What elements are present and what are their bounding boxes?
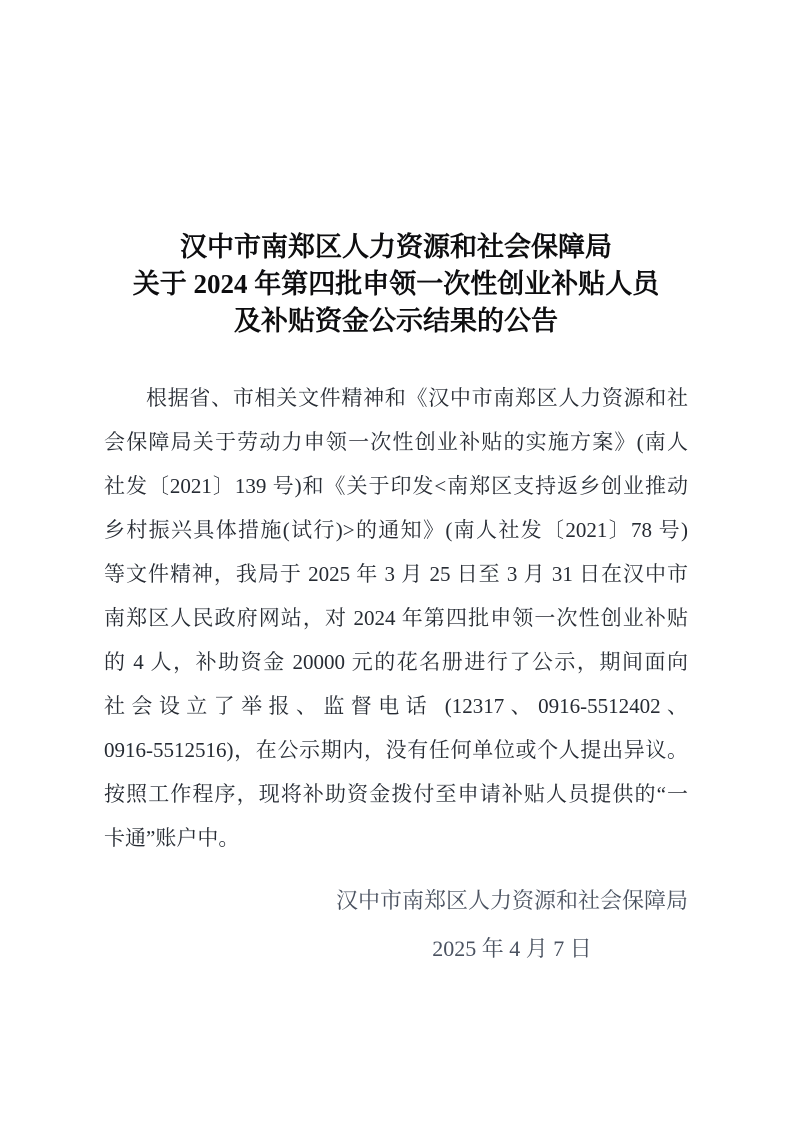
document-body: 根据省、市相关文件精神和《汉中市南郑区人力资源和社 会保障局关于劳动力申领一次性… <box>104 376 688 860</box>
body-line: 等文件精神，我局于 2025 年 3 月 25 日至 3 月 31 日在汉中市 <box>104 552 688 596</box>
signature-date: 2025 年 4 月 7 日 <box>336 925 688 973</box>
signature-org: 汉中市南郑区人力资源和社会保障局 <box>336 877 688 925</box>
body-line: 卡通”账户中。 <box>104 816 688 860</box>
body-line: 根据省、市相关文件精神和《汉中市南郑区人力资源和社 <box>104 376 688 420</box>
body-line: 社会设立了举报、监督电话 (12317、0916-5512402、 <box>104 684 688 728</box>
signature-block: 汉中市南郑区人力资源和社会保障局 2025 年 4 月 7 日 <box>104 877 688 973</box>
body-line: 社发〔2021〕139 号)和《关于印发<南郑区支持返乡创业推动 <box>104 464 688 508</box>
body-line: 0916-5512516)，在公示期内，没有任何单位或个人提出异议。 <box>104 728 688 772</box>
body-line: 乡村振兴具体措施(试行)>的通知》(南人社发〔2021〕78 号) <box>104 508 688 552</box>
title-line-3: 及补贴资金公示结果的公告 <box>104 303 688 340</box>
document-page: 汉中市南郑区人力资源和社会保障局 关于 2024 年第四批申领一次性创业补贴人员… <box>0 0 792 1121</box>
body-line: 的 4 人，补助资金 20000 元的花名册进行了公示，期间面向 <box>104 640 688 684</box>
document-title: 汉中市南郑区人力资源和社会保障局 关于 2024 年第四批申领一次性创业补贴人员… <box>104 0 688 340</box>
title-line-1: 汉中市南郑区人力资源和社会保障局 <box>104 229 688 266</box>
body-line: 南郑区人民政府网站，对 2024 年第四批申领一次性创业补贴 <box>104 596 688 640</box>
body-line: 会保障局关于劳动力申领一次性创业补贴的实施方案》(南人 <box>104 420 688 464</box>
body-line: 按照工作程序，现将补助资金拨付至申请补贴人员提供的“一 <box>104 772 688 816</box>
title-line-2: 关于 2024 年第四批申领一次性创业补贴人员 <box>104 266 688 303</box>
signature-inner: 汉中市南郑区人力资源和社会保障局 2025 年 4 月 7 日 <box>336 877 688 973</box>
